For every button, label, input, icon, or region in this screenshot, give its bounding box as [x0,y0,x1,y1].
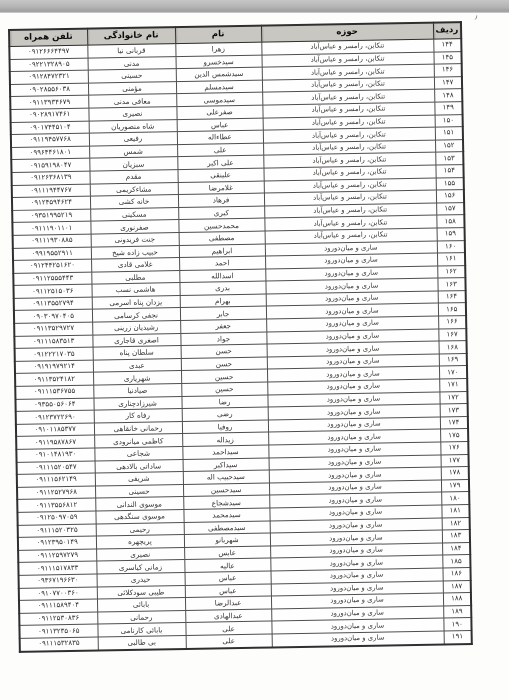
row-number-cell: ۱۸۴ [442,542,470,555]
row-number-cell: ۱۷۰ [439,366,467,379]
row-number-cell: ۱۴۴ [433,39,461,52]
row-number-cell: ۱۶۷ [438,328,466,341]
row-number-cell: ۱۴۵ [433,51,461,64]
row-number-cell: ۱۵۵ [436,177,464,190]
row-number-cell: ۱۶۹ [439,353,467,366]
district-cell: ساری و میان‌دورود [272,631,444,647]
row-number-cell: ۱۵۷ [436,202,464,215]
row-number-cell: ۱۷۶ [440,442,468,455]
row-number-cell: ۱۸۳ [442,530,470,543]
row-number-cell: ۱۷۹ [441,479,469,492]
roster-table-container: ردیف حوزه نام نام خانوادگی تلفن همراه ۱۴… [8,21,471,652]
column-header-phone: تلفن همراه [9,29,87,47]
row-number-cell: ۱۸۹ [443,605,471,618]
row-number-cell: ۱۷۸ [441,467,469,480]
row-number-cell: ۱۶۱ [437,253,465,266]
row-number-cell: ۱۵۳ [435,152,463,165]
row-number-cell: ۱۷۲ [439,391,467,404]
scan-artifact-mark [474,15,478,21]
row-number-cell: ۱۶۸ [439,341,467,354]
row-number-cell: ۱۴۹ [434,102,462,115]
row-number-cell: ۱۷۵ [440,429,468,442]
row-number-cell: ۱۴۸ [434,89,462,102]
row-number-cell: ۱۷۷ [440,454,468,467]
row-number-cell: ۱۸۶ [442,567,470,580]
row-number-cell: ۱۸۱ [441,504,469,517]
row-number-cell: ۱۵۹ [437,227,465,240]
column-header-name: نام [175,26,261,44]
scanner-edge-band [0,0,509,13]
row-number-cell: ۱۵۲ [435,139,463,152]
first-name-cell: علی [186,634,272,649]
row-number-cell: ۱۴۷ [434,76,462,89]
column-header-family: نام خانوادگی [87,27,175,45]
row-number-cell: ۱۵۸ [436,215,464,228]
row-number-cell: ۱۵۴ [435,165,463,178]
row-number-cell: ۱۶۶ [438,316,466,329]
surname-cell: بی طالبی [98,635,186,650]
row-number-cell: ۱۵۰ [435,114,463,127]
row-number-cell: ۱۴۶ [434,64,462,77]
row-number-cell: ۱۵۶ [436,190,464,203]
row-number-cell: ۱۸۲ [442,517,470,530]
row-number-cell: ۱۸۸ [443,593,471,606]
row-number-cell: ۱۸۰ [441,492,469,505]
row-number-cell: ۱۶۳ [437,278,465,291]
row-number-cell: ۱۶۰ [437,240,465,253]
row-number-cell: ۱۶۵ [438,303,466,316]
row-number-cell: ۱۹۰ [443,618,471,631]
row-number-cell: ۱۵۱ [435,127,463,140]
scanned-page: ردیف حوزه نام نام خانوادگی تلفن همراه ۱۴… [0,0,509,700]
row-number-cell: ۱۸۷ [443,580,471,593]
row-number-cell: ۱۷۱ [439,379,467,392]
roster-table: ردیف حوزه نام نام خانوادگی تلفن همراه ۱۴… [8,21,473,652]
column-header-radif: ردیف [433,22,461,39]
row-number-cell: ۱۶۲ [437,265,465,278]
mobile-phone-cell: ۰۹۱۱۱۵۳۲۸۳۵ [20,637,98,651]
row-number-cell: ۱۷۳ [440,404,468,417]
row-number-cell: ۱۹۱ [444,630,472,644]
row-number-cell: ۱۶۴ [438,290,466,303]
row-number-cell: ۱۷۴ [440,416,468,429]
row-number-cell: ۱۸۵ [442,555,470,568]
